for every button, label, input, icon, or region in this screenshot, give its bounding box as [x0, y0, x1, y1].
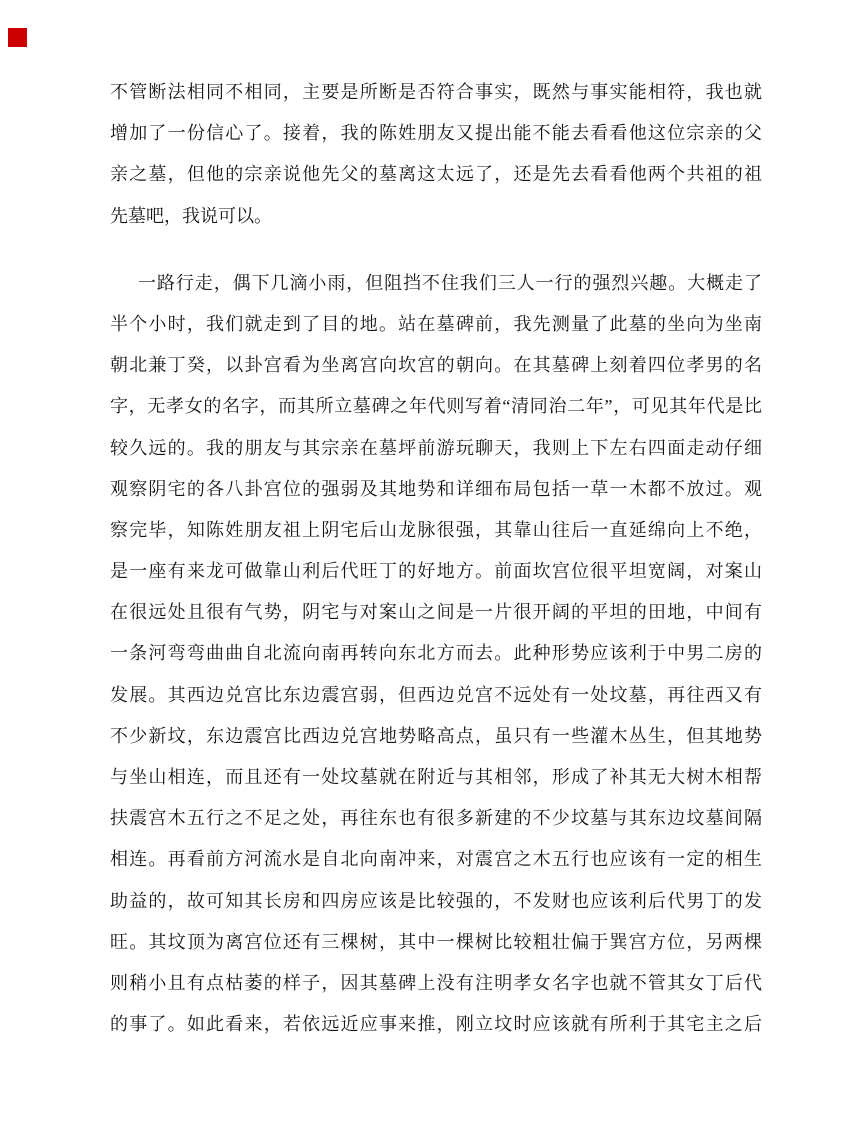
document-body: 不管断法相同不相同，主要是所断是否符合事实，既然与事实能相符，我也就增加了一份信… — [110, 72, 762, 1045]
text-line: 发展。其西边兑宫比东边震宫弱，但西边兑宫不远处有一处坟墓，再往西又有 — [110, 675, 762, 716]
text-line: 不少新坟，东边震宫比西边兑宫地势略高点，虽只有一些灌木丛生，但其地势 — [110, 716, 762, 757]
text-line: 的事了。如此看来，若依远近应事来推，刚立坟时应该就有所利于其宅主之后 — [110, 1004, 762, 1045]
text-line: 较久远的。我的朋友与其宗亲在墓坪前游玩聊天，我则上下左右四面走动仔细 — [110, 428, 762, 469]
text-line: 在很远处且很有气势，阴宅与对案山之间是一片很开阔的平坦的田地，中间有 — [110, 592, 762, 633]
text-line: 察完毕，知陈姓朋友祖上阴宅后山龙脉很强，其靠山往后一直延绵向上不绝， — [110, 510, 762, 551]
text-line: 亲之墓，但他的宗亲说他先父的墓离这太远了，还是先去看看他两个共祖的祖 — [110, 154, 762, 195]
text-line: 相连。再看前方河流水是自北向南冲来，对震宫之木五行也应该有一定的相生 — [110, 839, 762, 880]
text-line: 一路行走，偶下几滴小雨，但阻挡不住我们三人一行的强烈兴趣。大概走了 — [110, 263, 762, 304]
paragraph: 一路行走，偶下几滴小雨，但阻挡不住我们三人一行的强烈兴趣。大概走了半个小时，我们… — [110, 263, 762, 1046]
red-square-marker — [8, 28, 27, 47]
text-line: 是一座有来龙可做靠山利后代旺丁的好地方。前面坎宫位很平坦宽阔，对案山 — [110, 551, 762, 592]
text-line: 助益的，故可知其长房和四房应该是比较强的，不发财也应该利后代男丁的发 — [110, 881, 762, 922]
text-line: 朝北兼丁癸，以卦宫看为坐离宫向坎宫的朝向。在其墓碑上刻着四位孝男的名 — [110, 345, 762, 386]
text-line: 观察阴宅的各八卦宫位的强弱及其地势和详细布局包括一草一木都不放过。观 — [110, 469, 762, 510]
text-line: 旺。其坟顶为离宫位还有三棵树，其中一棵树比较粗壮偏于巽宫方位，另两棵 — [110, 922, 762, 963]
text-line: 与坐山相连，而且还有一处坟墓就在附近与其相邻，形成了补其无大树木相帮 — [110, 757, 762, 798]
text-line: 不管断法相同不相同，主要是所断是否符合事实，既然与事实能相符，我也就 — [110, 72, 762, 113]
text-line: 扶震宫木五行之不足之处，再往东也有很多新建的不少坟墓与其东边坟墓间隔 — [110, 798, 762, 839]
text-line: 字，无孝女的名字，而其所立墓碑之年代则写着“清同治二年”，可见其年代是比 — [110, 386, 762, 427]
text-line: 则稍小且有点枯萎的样子，因其墓碑上没有注明孝女名字也就不管其女丁后代 — [110, 963, 762, 1004]
text-line: 增加了一份信心了。接着，我的陈姓朋友又提出能不能去看看他这位宗亲的父 — [110, 113, 762, 154]
paragraph: 不管断法相同不相同，主要是所断是否符合事实，既然与事实能相符，我也就增加了一份信… — [110, 72, 762, 237]
text-line: 一条河弯弯曲曲自北流向南再转向东北方而去。此种形势应该利于中男二房的 — [110, 633, 762, 674]
text-line: 先墓吧，我说可以。 — [110, 196, 762, 237]
document-page: 不管断法相同不相同，主要是所断是否符合事实，既然与事实能相符，我也就增加了一份信… — [0, 0, 866, 1122]
text-line: 半个小时，我们就走到了目的地。站在墓碑前，我先测量了此墓的坐向为坐南 — [110, 304, 762, 345]
